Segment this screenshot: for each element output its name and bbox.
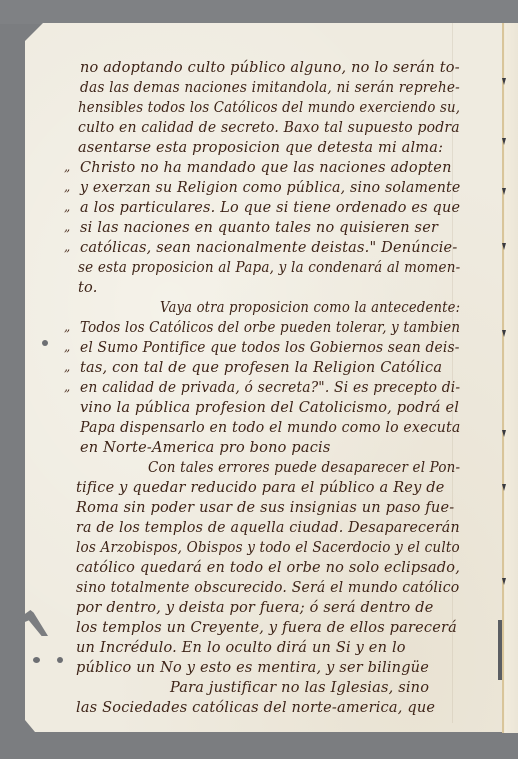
text-line: por dentro, y deista por fuera; ó será d… bbox=[76, 598, 434, 618]
quote-marker: „ bbox=[64, 240, 70, 254]
text-line: en Norte-America pro bono pacis bbox=[80, 438, 331, 458]
binding-line bbox=[502, 23, 504, 733]
text-line: Papa dispensarlo en todo el mundo como l… bbox=[80, 418, 460, 438]
quote-marker: „ bbox=[64, 180, 70, 194]
quote-marker: „ bbox=[64, 320, 70, 334]
text-line-quoted: y exerzan su Religion como pública, sino… bbox=[80, 178, 460, 198]
quote-marker: „ bbox=[64, 340, 70, 354]
text-line-quoted: a los particulares. Lo que si tiene orde… bbox=[80, 198, 460, 218]
text-line-quoted: católicas, sean nacionalmente deistas." … bbox=[80, 238, 457, 258]
page-binding-edge bbox=[502, 23, 518, 733]
punch-hole bbox=[42, 340, 48, 346]
text-line: asentarse esta proposicion que detesta m… bbox=[78, 138, 443, 158]
text-line-indented: Vaya otra proposicion como la antecedent… bbox=[160, 298, 460, 318]
punch-hole bbox=[57, 657, 63, 663]
quote-marker: „ bbox=[64, 220, 70, 234]
text-line: público un No y esto es mentira, y ser b… bbox=[76, 658, 429, 678]
punch-hole bbox=[33, 657, 40, 663]
text-line: tifice y quedar reducido para el público… bbox=[76, 478, 445, 498]
text-line-quoted: si las naciones en quanto tales no quisi… bbox=[80, 218, 438, 238]
scanner-background bbox=[0, 0, 518, 24]
text-line: un Incrédulo. En lo oculto dirá un Si y … bbox=[76, 638, 406, 658]
binding-shadow bbox=[498, 620, 502, 680]
text-line-quoted: Christo no ha mandado que las naciones a… bbox=[80, 158, 452, 178]
text-line: católico quedará en todo el orbe no solo… bbox=[76, 558, 460, 578]
text-line: se esta proposicion al Papa, y la conden… bbox=[78, 258, 460, 278]
text-line: Roma sin poder usar de sus insignias un … bbox=[76, 498, 454, 518]
text-line: to. bbox=[78, 278, 98, 298]
text-line-indented: Para justificar no las Iglesias, sino bbox=[170, 678, 429, 698]
text-line-quoted: Todos los Católicos del orbe pueden tole… bbox=[80, 318, 460, 338]
text-line: ra de los templos de aquella ciudad. Des… bbox=[76, 518, 460, 538]
text-line: sino totalmente obscurecido. Será el mun… bbox=[76, 578, 459, 598]
text-line-quoted: tas, con tal de que profesen la Religion… bbox=[80, 358, 442, 378]
text-line: los templos un Creyente, y fuera de ello… bbox=[76, 618, 457, 638]
quote-marker: „ bbox=[64, 200, 70, 214]
text-line: das las demas naciones imitandola, ni se… bbox=[80, 78, 460, 98]
quote-marker: „ bbox=[64, 160, 70, 174]
text-line: culto en calidad de secreto. Baxo tal su… bbox=[78, 118, 460, 138]
text-line-quoted: en calidad de privada, ó secreta?". Si e… bbox=[80, 378, 460, 398]
text-line: las Sociedades católicas del norte-ameri… bbox=[76, 698, 435, 718]
text-line: vino la pública profesion del Catolicism… bbox=[80, 398, 459, 418]
text-line-indented: Con tales errores puede desaparecer el P… bbox=[148, 458, 460, 478]
quote-marker: „ bbox=[64, 360, 70, 374]
quote-marker: „ bbox=[64, 380, 70, 394]
text-line-quoted: el Sumo Pontifice que todos los Gobierno… bbox=[80, 338, 460, 358]
text-line: no adoptando culto público alguno, no lo… bbox=[80, 58, 460, 78]
text-line: hensibles todos los Católicos del mundo … bbox=[78, 98, 460, 118]
text-line: los Arzobispos, Obispos y todo el Sacerd… bbox=[76, 538, 460, 558]
